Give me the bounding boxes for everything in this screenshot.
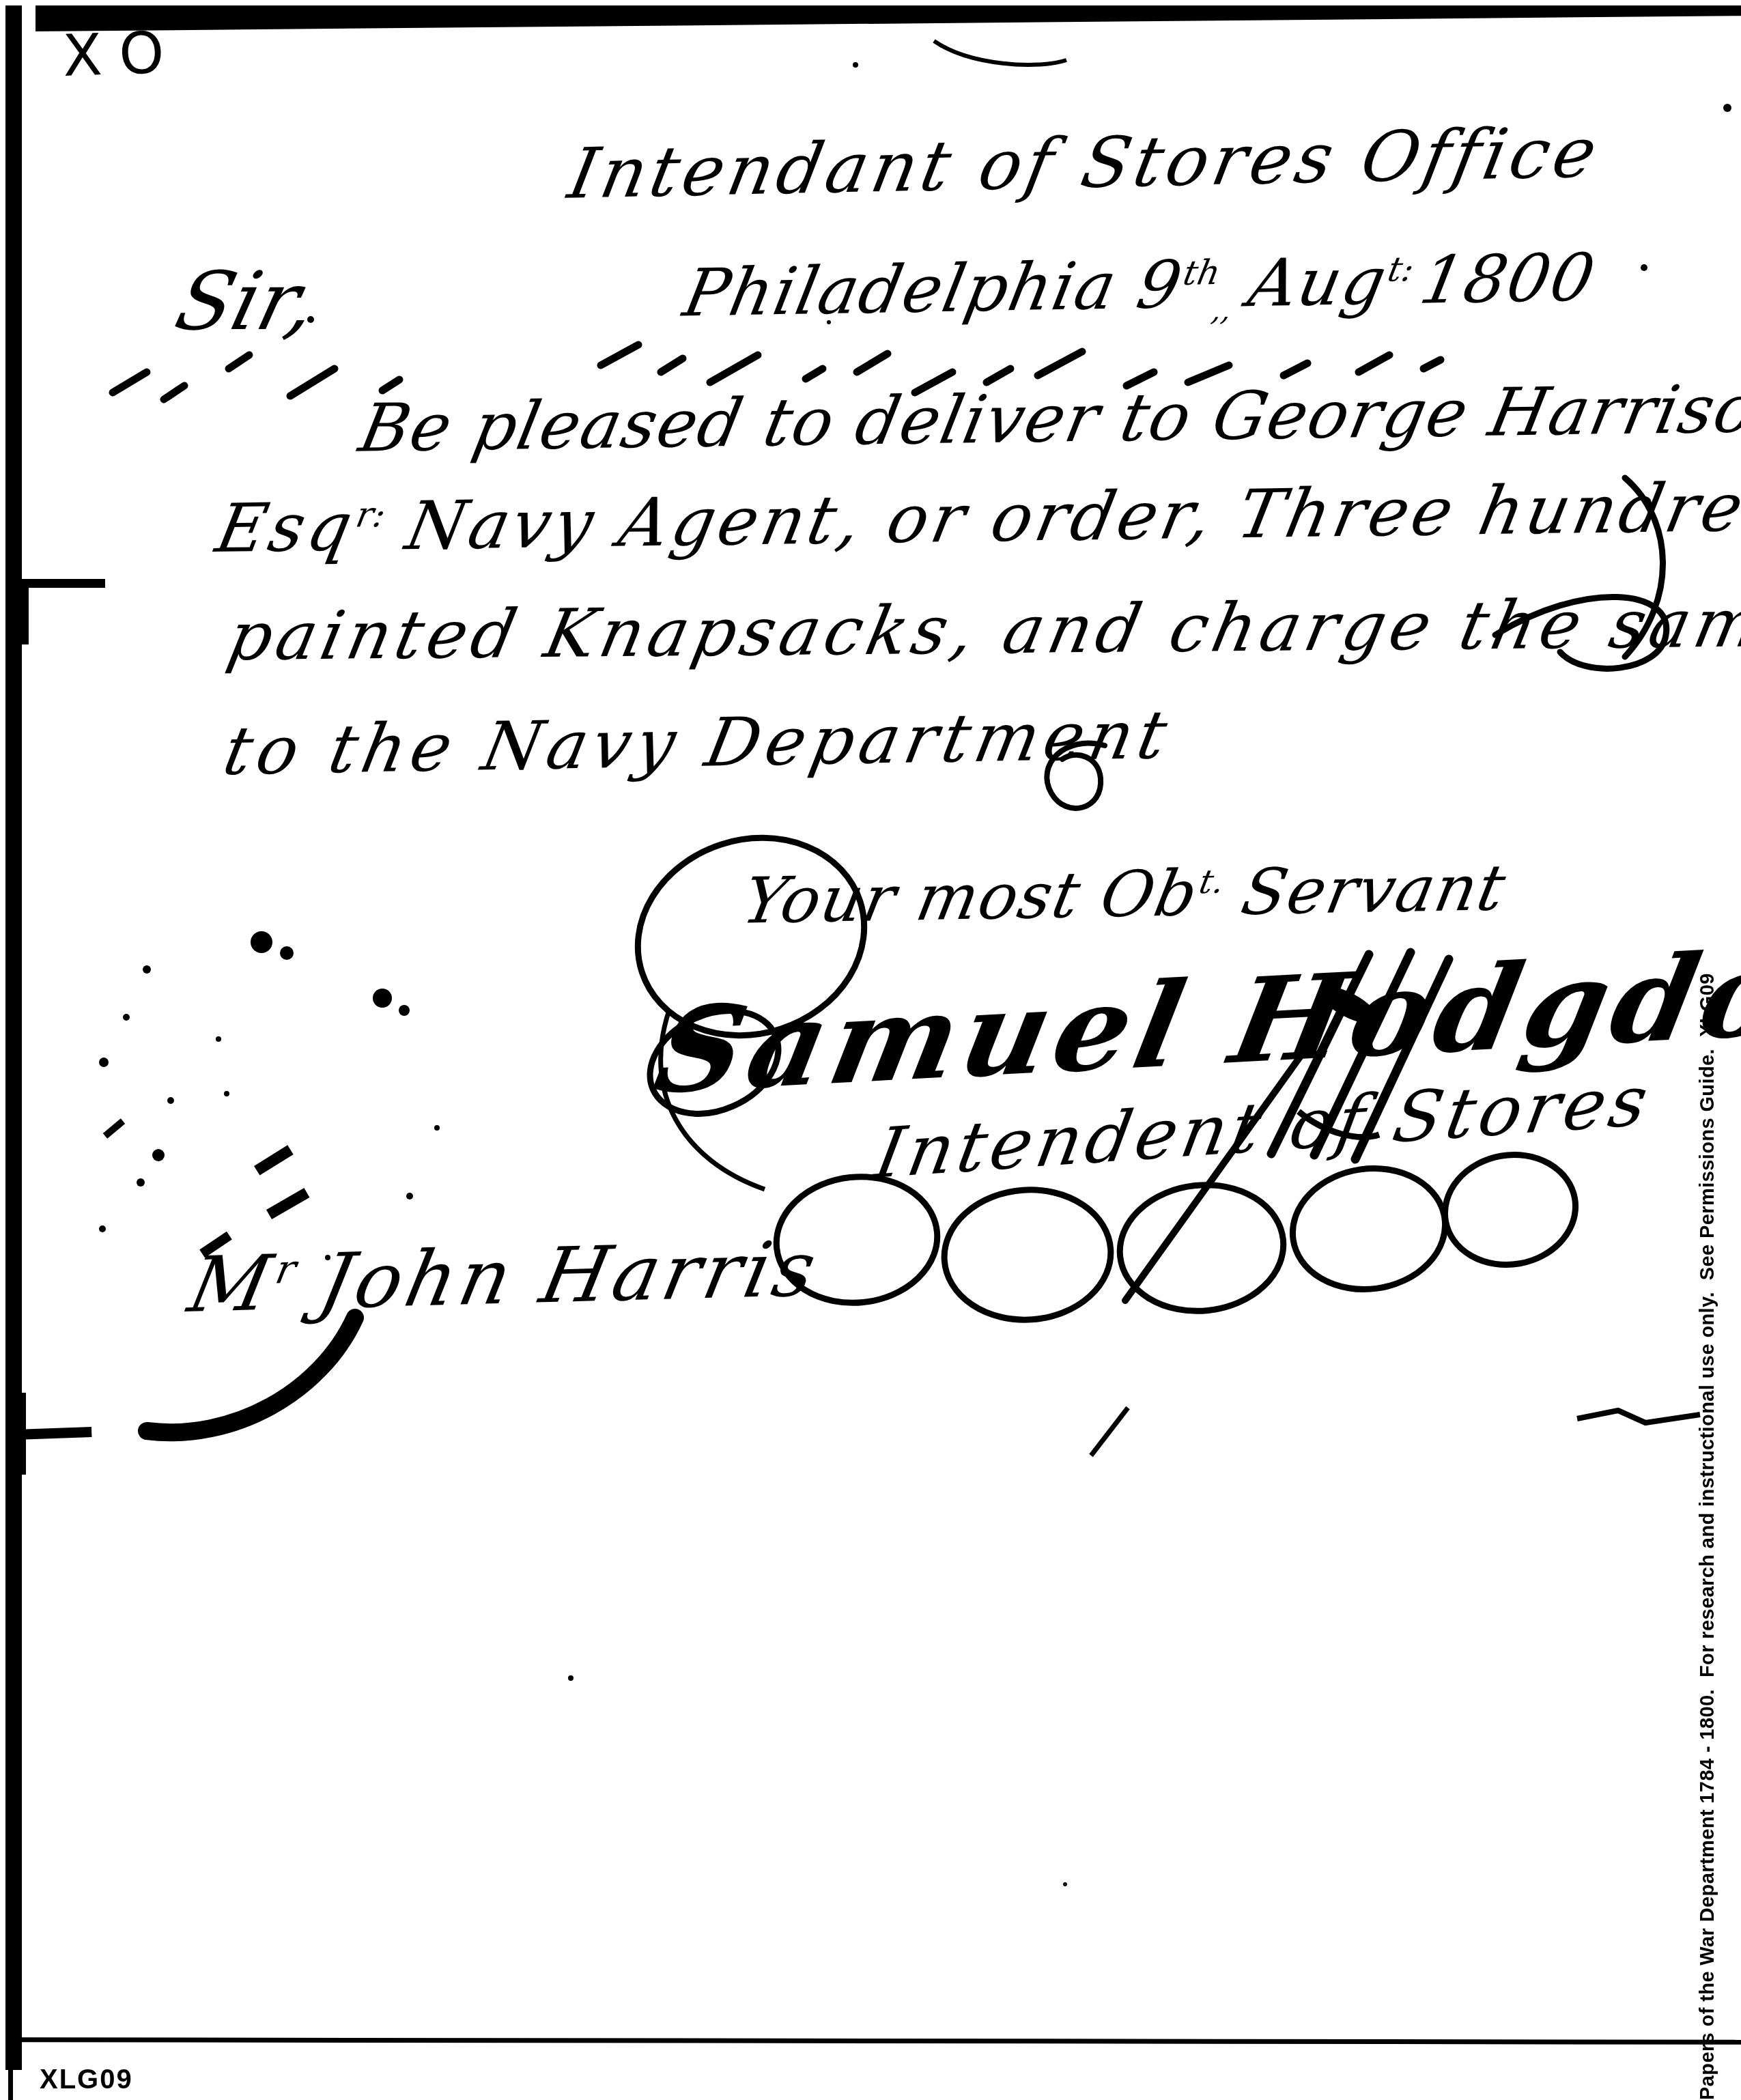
closing-pre: Your most Ob: [737, 856, 1204, 938]
body-line-2-rest: Navy Agent, or order, Three hundred: [375, 468, 1741, 566]
place-date-line: Philadelphia 9th,,Augt:1800: [677, 239, 1602, 337]
scanned-letter-page: XLG09 Papers of the War Department 1784 …: [0, 0, 1741, 2100]
scan-top-border: [36, 5, 1741, 31]
body-line-2-pre: Esq: [210, 488, 362, 568]
addressee-line: Mr John Harris: [182, 1225, 827, 1330]
addressee-swash: [147, 1318, 355, 1432]
left-border-ticks: [15, 579, 105, 1475]
scan-left-border-thin: [8, 2069, 13, 2100]
body-line-3: painted Knapsacks, and charge the same: [221, 584, 1741, 676]
sidebar-permissions-text: Papers of the War Department 1784 - 1800…: [1688, 1030, 1727, 2100]
body-line-2: Esqr: Navy Agent, or order, Three hundre…: [210, 468, 1741, 568]
top-edge-curve: [934, 41, 1066, 65]
place: Philadelphia: [678, 248, 1124, 332]
addressee-pre: M: [182, 1239, 283, 1330]
closing-line: Your most Obt. Servant: [737, 851, 1512, 937]
scan-bottom-edge-line: [20, 2037, 1741, 2045]
addressee-rest: John Harris: [283, 1225, 827, 1327]
date-year: 1800: [1414, 239, 1602, 318]
salutation: Sir,: [167, 254, 327, 348]
date-day-suffix: th: [1180, 253, 1224, 293]
margin-ink-blots: [99, 931, 440, 1260]
date-month: Aug: [1243, 243, 1393, 322]
office-heading: Intendant of Stores Office: [562, 112, 1606, 214]
date-day: 9: [1131, 246, 1189, 324]
body-line-4: to the Navy Department: [217, 696, 1178, 791]
scan-left-border: [5, 5, 22, 2070]
closing-rest: Servant: [1215, 851, 1513, 929]
corner-annotation: XO: [61, 18, 186, 89]
date-day-marks: ,,: [1209, 294, 1234, 328]
footer-catalog-label: XLG09: [40, 2064, 133, 2095]
body-line-1: Be pleased to deliver to George Harrison: [354, 369, 1741, 466]
